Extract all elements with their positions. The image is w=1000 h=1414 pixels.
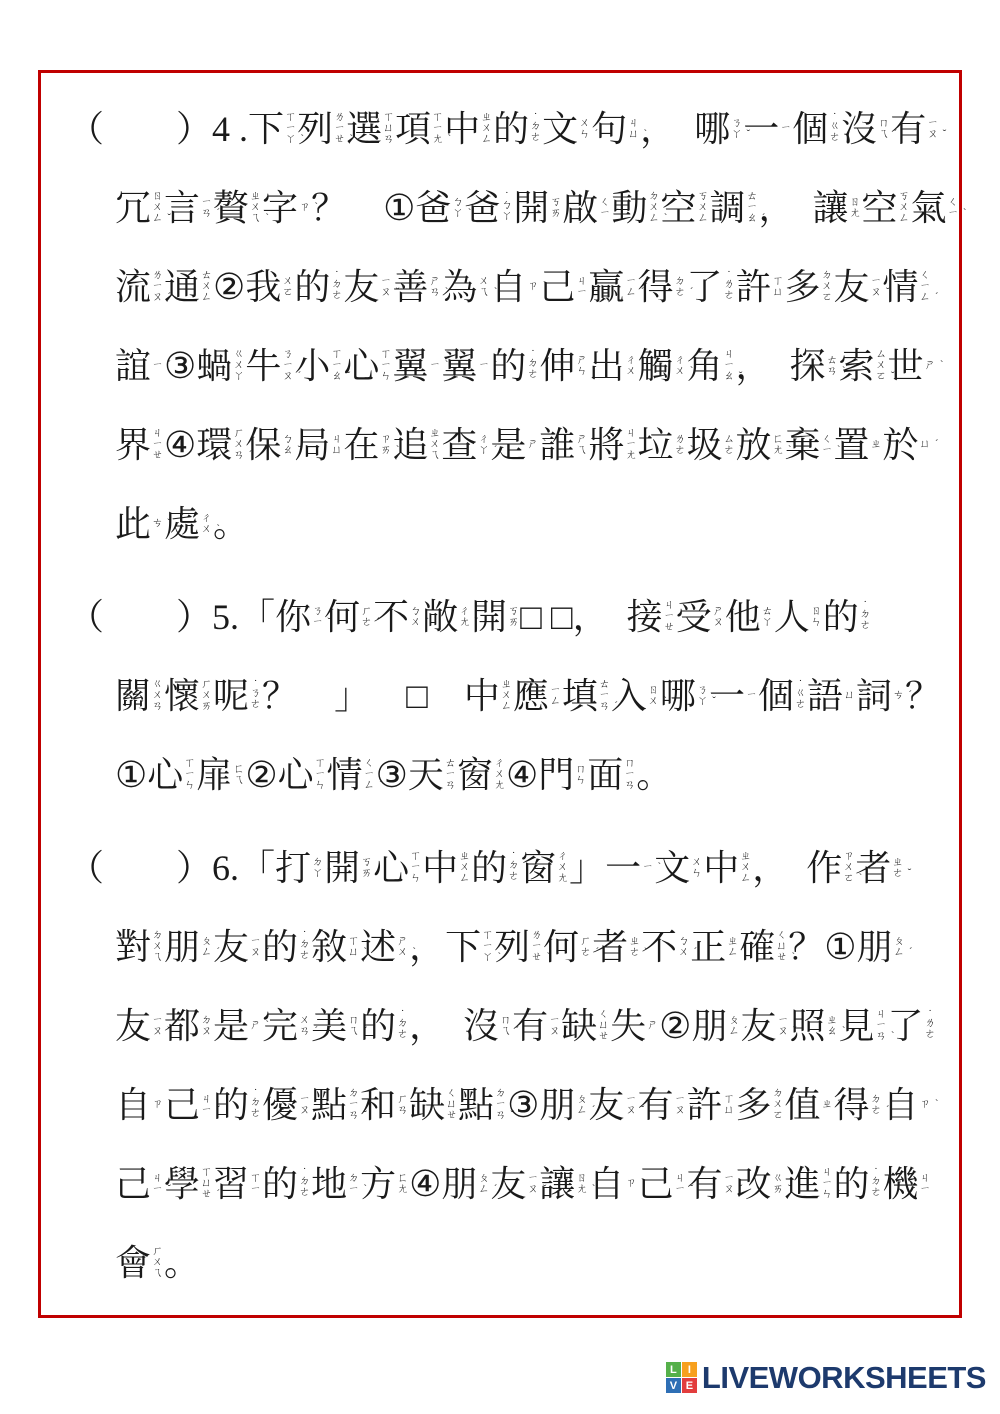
zhuyin-annotation: ㄐㄩˊ bbox=[331, 434, 342, 456]
char-with-zhuyin: 觸ㄔㄨˋ bbox=[637, 348, 685, 384]
char-with-zhuyin: 放ㄈㄤˋ bbox=[735, 427, 783, 463]
zhuyin-annotation: ㄓㄨㄥ bbox=[501, 679, 512, 712]
zhuyin-annotation: ㄅㄨˋ bbox=[410, 606, 421, 628]
worksheet-page: （ ）4 .下ㄒㄧㄚˋ列ㄌㄧㄝˋ選ㄒㄩㄢˇ項ㄒㄧㄤˋ中ㄓㄨㄥ的˙ㄉㄜ文ㄨㄣˊ句ㄐ… bbox=[0, 0, 1000, 1414]
char-with-zhuyin: 探ㄊㄢˋ bbox=[789, 348, 837, 384]
zhuyin-annotation: ㄆㄥˊ bbox=[478, 1173, 489, 1195]
char-with-zhuyin: 下ㄒㄧㄚˋ bbox=[248, 111, 296, 147]
quote-bracket: 」 bbox=[334, 678, 370, 714]
char-with-zhuyin: 贅ㄓㄨㄟˋ bbox=[213, 190, 261, 226]
char-with-zhuyin: 朋ㄆㄥˊ bbox=[441, 1166, 489, 1202]
char-with-zhuyin: 填ㄊㄧㄢˊ bbox=[562, 678, 610, 714]
char-with-zhuyin: 的˙ㄉㄜ bbox=[490, 348, 538, 384]
zhuyin-annotation: ㄌㄧㄡˊ bbox=[152, 270, 163, 303]
zhuyin-annotation: ˙ㄋㄜ bbox=[250, 681, 261, 710]
zhuyin-annotation: ㄧㄡˇ bbox=[152, 1015, 163, 1037]
zhuyin-annotation: ㄐㄧˇ bbox=[576, 276, 587, 298]
char-with-zhuyin: 界ㄐㄧㄝˋ bbox=[115, 427, 163, 463]
zhuyin-annotation: ㄅㄠˇ bbox=[282, 434, 293, 456]
zhuyin-annotation: ㄉㄨㄛ bbox=[822, 270, 833, 303]
zhuyin-annotation: ˙ㄉㄜ bbox=[860, 602, 871, 631]
text-run bbox=[428, 678, 464, 714]
char-with-zhuyin: 環ㄏㄨㄢˊ bbox=[196, 427, 244, 463]
char-with-zhuyin: 了˙ㄌㄜ bbox=[686, 269, 734, 305]
zhuyin-annotation: ㄑㄩㄝ bbox=[598, 1009, 609, 1042]
char-with-zhuyin: 中ㄓㄨㄥ bbox=[422, 850, 470, 886]
zhuyin-annotation: ㄐㄧ bbox=[920, 1173, 931, 1195]
char-with-zhuyin: 優ㄧㄡ bbox=[262, 1087, 310, 1123]
char-with-zhuyin: 蝸ㄍㄨㄚ bbox=[196, 348, 244, 384]
zhuyin-annotation: ㄨㄣˊ bbox=[691, 857, 702, 879]
text-run: ， bbox=[758, 190, 812, 226]
char-with-zhuyin: 牛ㄋㄧㄡˊ bbox=[245, 348, 293, 384]
zhuyin-annotation: ㄕㄢˋ bbox=[429, 276, 440, 298]
option-marker: ② bbox=[659, 1008, 691, 1044]
zhuyin-annotation: ㄧˊ bbox=[152, 360, 163, 371]
zhuyin-annotation: ㄒㄩˇ bbox=[772, 276, 783, 298]
char-with-zhuyin: 局ㄐㄩˊ bbox=[294, 427, 342, 463]
zhuyin-annotation: ㄔㄨˋ bbox=[201, 513, 212, 535]
char-with-zhuyin: 一ㄧˋ bbox=[605, 850, 653, 886]
zhuyin-annotation: ㄌㄜˋ bbox=[674, 434, 685, 456]
char-with-zhuyin: 自ㄗˋ bbox=[490, 269, 538, 305]
answer-paren: （ bbox=[68, 599, 104, 635]
char-with-zhuyin: 打ㄉㄚˇ bbox=[275, 850, 323, 886]
text-run: ？ bbox=[311, 190, 383, 226]
zhuyin-annotation: ㄋㄧㄡˊ bbox=[282, 349, 293, 382]
char-with-zhuyin: 爸˙ㄅㄚ bbox=[464, 190, 512, 226]
char-with-zhuyin: 失ㄕ bbox=[610, 1008, 658, 1044]
zhuyin-annotation: ㄐㄩˋ bbox=[628, 118, 639, 140]
liveworksheets-logo-icon: LIVE bbox=[666, 1362, 697, 1393]
zhuyin-annotation: ㄉㄨㄛ bbox=[772, 1088, 783, 1121]
option-marker: ① bbox=[115, 757, 147, 793]
zhuyin-annotation: ㄉㄨㄟˋ bbox=[152, 930, 163, 963]
char-with-zhuyin: 確ㄑㄩㄝˋ bbox=[739, 929, 787, 965]
worksheet-line: 界ㄐㄧㄝˋ④環ㄏㄨㄢˊ保ㄅㄠˇ局ㄐㄩˊ在ㄗㄞˋ追ㄓㄨㄟ查ㄔㄚˊ是ㄕˋ誰ㄕㄟˊ將ㄐ… bbox=[68, 405, 953, 484]
char-with-zhuyin: 的˙ㄉㄜ bbox=[213, 1087, 261, 1123]
char-with-zhuyin: 呢˙ㄋㄜ bbox=[213, 678, 261, 714]
zhuyin-annotation: ㄧㄥˊ bbox=[625, 276, 636, 298]
worksheet-line: 己ㄐㄧˇ學ㄒㄩㄝˊ習ㄒㄧˊ的˙ㄉㄜ地ㄉㄧˋ方ㄈㄤ④朋ㄆㄥˊ友ㄧㄡˇ讓ㄖㄤˋ自ㄗˋ… bbox=[68, 1144, 953, 1223]
char-with-zhuyin: 點ㄉㄧㄢˇ bbox=[458, 1087, 506, 1123]
char-with-zhuyin: 人ㄖㄣˊ bbox=[774, 599, 822, 635]
text-run: ， bbox=[735, 348, 789, 384]
char-with-zhuyin: 己ㄐㄧˇ bbox=[637, 1166, 685, 1202]
char-with-zhuyin: 敘ㄒㄩˋ bbox=[311, 929, 359, 965]
zhuyin-annotation: ㄓㄨㄟ bbox=[429, 428, 440, 461]
zhuyin-annotation: ㄆㄥˊ bbox=[201, 936, 212, 958]
zhuyin-annotation: ㄗˋ bbox=[527, 281, 538, 292]
zhuyin-annotation: ㄖㄤˋ bbox=[576, 1173, 587, 1195]
zhuyin-annotation: ㄧㄡˇ bbox=[777, 1015, 788, 1037]
char-with-zhuyin: 都ㄉㄡ bbox=[164, 1008, 212, 1044]
zhuyin-annotation: ㄓㄠˋ bbox=[827, 1015, 838, 1037]
char-with-zhuyin: 機ㄐㄧ bbox=[883, 1166, 931, 1202]
zhuyin-annotation: ㄖㄣˊ bbox=[811, 606, 822, 628]
zhuyin-annotation: ㄧˋ bbox=[478, 360, 489, 371]
char-with-zhuyin: 通ㄊㄨㄥ bbox=[164, 269, 212, 305]
zhuyin-annotation: ㄊㄨㄥ bbox=[201, 270, 212, 303]
zhuyin-annotation: ㄐㄧˇ bbox=[152, 1173, 163, 1195]
char-with-zhuyin: 置ㄓˋ bbox=[834, 427, 882, 463]
zhuyin-annotation: ㄓㄨㄥ bbox=[481, 112, 492, 145]
zhuyin-annotation: ㄧㄡˇ bbox=[871, 276, 882, 298]
char-with-zhuyin: 改ㄍㄞˇ bbox=[735, 1166, 783, 1202]
worksheet-line: 誼ㄧˊ③蝸ㄍㄨㄚ牛ㄋㄧㄡˊ小ㄒㄧㄠˇ心ㄒㄧㄣ翼ㄧˋ翼ㄧˋ的˙ㄉㄜ伸ㄕㄣ出ㄔㄨ觸ㄔ… bbox=[68, 326, 953, 405]
zhuyin-annotation: ㄕㄨˋ bbox=[397, 936, 408, 958]
char-with-zhuyin: 方ㄈㄤ bbox=[360, 1166, 408, 1202]
zhuyin-annotation: ㄑㄧㄥˊ bbox=[920, 270, 931, 303]
zhuyin-annotation: ㄨㄛˇ bbox=[282, 276, 293, 298]
worksheet-line: ①心ㄒㄧㄣ扉ㄈㄟ②心ㄒㄧㄣ情ㄑㄧㄥˊ③天ㄊㄧㄢ窗ㄔㄨㄤ④門ㄇㄣˊ面ㄇㄧㄢˋ。 bbox=[68, 735, 953, 814]
zhuyin-annotation: ㄇㄟˊ bbox=[500, 1015, 511, 1037]
zhuyin-annotation: ㄇㄟˊ bbox=[878, 118, 889, 140]
worksheet-line: 自ㄗˋ己ㄐㄧˇ的˙ㄉㄜ優ㄧㄡ點ㄉㄧㄢˇ和ㄏㄢˋ缺ㄑㄩㄝ點ㄉㄧㄢˇ③朋ㄆㄥˊ友ㄧㄡ… bbox=[68, 1065, 953, 1144]
zhuyin-annotation: ㄉㄧㄢˇ bbox=[348, 1088, 359, 1121]
char-with-zhuyin: 處ㄔㄨˋ bbox=[164, 506, 212, 542]
zhuyin-annotation: ㄈㄟ bbox=[233, 764, 244, 786]
zhuyin-annotation: ㄕㄟˊ bbox=[576, 434, 587, 456]
text-run: ， bbox=[409, 1008, 463, 1044]
char-with-zhuyin: 習ㄒㄧˊ bbox=[213, 1166, 261, 1202]
option-marker: ④ bbox=[409, 1166, 441, 1202]
char-with-zhuyin: 流ㄌㄧㄡˊ bbox=[115, 269, 163, 305]
text-run: ， bbox=[573, 599, 627, 635]
zhuyin-annotation: ˙ㄉㄜ bbox=[508, 853, 519, 882]
zhuyin-annotation: ㄧㄡˇ bbox=[625, 1094, 636, 1116]
option-marker: ② bbox=[245, 757, 277, 793]
char-with-zhuyin: 學ㄒㄩㄝˊ bbox=[164, 1166, 212, 1202]
char-with-zhuyin: 沒ㄇㄟˊ bbox=[841, 111, 889, 147]
char-with-zhuyin: 字ㄗˋ bbox=[262, 190, 310, 226]
zhuyin-annotation: ㄧˊ bbox=[780, 123, 791, 134]
zhuyin-annotation: ㄐㄧˇ bbox=[674, 1173, 685, 1195]
char-with-zhuyin: 棄ㄑㄧˋ bbox=[784, 427, 832, 463]
char-with-zhuyin: 出ㄔㄨ bbox=[588, 348, 636, 384]
char-with-zhuyin: 敞ㄔㄤˇ bbox=[422, 599, 470, 635]
zhuyin-annotation: ㄑㄩㄝ bbox=[446, 1088, 457, 1121]
zhuyin-annotation: ㄎㄞ bbox=[550, 197, 561, 219]
zhuyin-annotation: ㄙㄜˋ bbox=[723, 434, 734, 456]
zhuyin-annotation: ˙ㄉㄜ bbox=[299, 1169, 310, 1198]
char-with-zhuyin: 下ㄒㄧㄚˋ bbox=[445, 929, 493, 965]
zhuyin-annotation: ㄗㄞˋ bbox=[380, 434, 391, 456]
char-with-zhuyin: 言ㄧㄢˊ bbox=[164, 190, 212, 226]
char-with-zhuyin: 點ㄉㄧㄢˇ bbox=[311, 1087, 359, 1123]
zhuyin-annotation: ㄊㄧㄢ bbox=[445, 758, 456, 791]
zhuyin-annotation: ˙ㄉㄜ bbox=[871, 1169, 882, 1198]
char-with-zhuyin: 項ㄒㄧㄤˋ bbox=[395, 111, 443, 147]
zhuyin-annotation: ㄧㄡˇ bbox=[723, 1173, 734, 1195]
quote-bracket: 「 bbox=[239, 850, 275, 886]
char-with-zhuyin: 是ㄕˋ bbox=[490, 427, 538, 463]
char-with-zhuyin: 應ㄧㄥ bbox=[513, 678, 561, 714]
answer-paren: （ bbox=[68, 111, 104, 147]
zhuyin-annotation: ㄧㄢˊ bbox=[201, 197, 212, 219]
char-with-zhuyin: 於ㄩˊ bbox=[883, 427, 931, 463]
zhuyin-annotation: ㄓㄨㄥ bbox=[459, 851, 470, 884]
char-with-zhuyin: 和ㄏㄢˋ bbox=[360, 1087, 408, 1123]
char-with-zhuyin: 的˙ㄉㄜ bbox=[471, 850, 519, 886]
char-with-zhuyin: 己ㄐㄧˇ bbox=[539, 269, 587, 305]
zhuyin-annotation: ㄒㄩˇ bbox=[723, 1094, 734, 1116]
char-with-zhuyin: 哪ㄋㄚˇ bbox=[660, 678, 708, 714]
zhuyin-annotation: ㄑㄧˋ bbox=[948, 197, 959, 219]
char-with-zhuyin: 的˙ㄉㄜ bbox=[262, 929, 310, 965]
zhuyin-annotation: ㄗˋ bbox=[625, 1178, 636, 1189]
char-with-zhuyin: 入ㄖㄨˋ bbox=[611, 678, 659, 714]
char-with-zhuyin: 他ㄊㄚ bbox=[725, 599, 773, 635]
char-with-zhuyin: 詞ㄘˊ bbox=[856, 678, 904, 714]
zhuyin-annotation: ㄨㄣˊ bbox=[579, 118, 590, 140]
zhuyin-annotation: ㄘˇ bbox=[152, 518, 163, 529]
zhuyin-annotation: ㄓㄜˇ bbox=[892, 857, 903, 879]
char-with-zhuyin: 伸ㄕㄣ bbox=[539, 348, 587, 384]
answer-blank[interactable] bbox=[104, 850, 176, 886]
zhuyin-annotation: ㄓㄜˇ bbox=[629, 936, 640, 958]
char-with-zhuyin: 完ㄨㄢˊ bbox=[262, 1008, 310, 1044]
question-number: ）6. bbox=[176, 850, 239, 886]
zhuyin-annotation: ˙ㄍㄜ bbox=[795, 681, 806, 710]
zhuyin-annotation: ㄕˋ bbox=[925, 360, 936, 371]
zhuyin-annotation: ㄑㄧˇ bbox=[599, 197, 610, 219]
zhuyin-annotation: ㄔㄨ bbox=[625, 355, 636, 377]
worksheet-border: （ ）4 .下ㄒㄧㄚˋ列ㄌㄧㄝˋ選ㄒㄩㄢˇ項ㄒㄧㄤˋ中ㄓㄨㄥ的˙ㄉㄜ文ㄨㄣˊ句ㄐ… bbox=[38, 70, 962, 1318]
char-with-zhuyin: 心ㄒㄧㄣ bbox=[278, 757, 326, 793]
char-with-zhuyin: 誰ㄕㄟˊ bbox=[539, 427, 587, 463]
zhuyin-annotation: ㄇㄧㄢˋ bbox=[624, 758, 635, 791]
char-with-zhuyin: 中ㄓㄨㄥ bbox=[703, 850, 751, 886]
char-with-zhuyin: 友ㄧㄡˇ bbox=[213, 929, 261, 965]
blank-square: □ □ bbox=[520, 599, 573, 635]
zhuyin-annotation: ㄆㄥˊ bbox=[728, 1015, 739, 1037]
char-with-zhuyin: 中ㄓㄨㄥ bbox=[444, 111, 492, 147]
zhuyin-annotation: ㄒㄧㄚˋ bbox=[285, 112, 296, 145]
char-with-zhuyin: 圾ㄙㄜˋ bbox=[686, 427, 734, 463]
char-with-zhuyin: 誼ㄧˊ bbox=[115, 348, 163, 384]
zhuyin-annotation: ㄧˋ bbox=[429, 360, 440, 371]
worksheet-line: 對ㄉㄨㄟˋ朋ㄆㄥˊ友ㄧㄡˇ的˙ㄉㄜ敘ㄒㄩˋ述ㄕㄨˋ， 下ㄒㄧㄚˋ列ㄌㄧㄝˋ何ㄏㄜ… bbox=[68, 907, 953, 986]
char-with-zhuyin: 值ㄓˊ bbox=[784, 1087, 832, 1123]
worksheet-line: （ ）6. 「 打ㄉㄚˇ開ㄎㄞ心ㄒㄧㄣ中ㄓㄨㄥ的˙ㄉㄜ窗ㄔㄨㄤ 」一ㄧˋ文ㄨㄣˊ… bbox=[68, 828, 953, 907]
char-with-zhuyin: 開ㄎㄞ bbox=[471, 599, 519, 635]
char-with-zhuyin: 多ㄉㄨㄛ bbox=[784, 269, 832, 305]
char-with-zhuyin: 冗ㄖㄨㄥˇ bbox=[115, 190, 163, 226]
char-with-zhuyin: 中ㄓㄨㄥ bbox=[464, 678, 512, 714]
question-number: ）4 . bbox=[176, 111, 248, 147]
zhuyin-annotation: ㄕˋ bbox=[250, 1020, 261, 1031]
zhuyin-annotation: ㄇㄣˊ bbox=[575, 764, 586, 786]
zhuyin-annotation: ㄏㄜˊ bbox=[580, 936, 591, 958]
char-with-zhuyin: 窗ㄔㄨㄤ bbox=[457, 757, 505, 793]
zhuyin-annotation: ㄐㄧㄠˇ bbox=[723, 349, 734, 382]
char-with-zhuyin: 友ㄧㄡˇ bbox=[740, 1008, 788, 1044]
char-with-zhuyin: 朋ㄆㄥˊ bbox=[857, 929, 905, 965]
char-with-zhuyin: 有ㄧㄡˇ bbox=[890, 111, 938, 147]
char-with-zhuyin: 開ㄎㄞ bbox=[513, 190, 561, 226]
option-marker: ① bbox=[824, 929, 856, 965]
worksheet-line: （ ）5. 「 你ㄋㄧˇ何ㄏㄜˊ不ㄅㄨˋ敞ㄔㄤˇ開ㄎㄞ□ □ ， 接ㄐㄧㄝ受ㄕㄡ… bbox=[68, 577, 953, 656]
char-with-zhuyin: 一ㄧˊ bbox=[743, 111, 791, 147]
zhuyin-annotation: ˙ㄉㄜ bbox=[250, 1090, 261, 1119]
char-with-zhuyin: 開ㄎㄞ bbox=[324, 850, 372, 886]
zhuyin-annotation: ㄩˊ bbox=[920, 439, 931, 450]
char-with-zhuyin: 許ㄒㄩˇ bbox=[735, 269, 783, 305]
char-with-zhuyin: 己ㄐㄧˇ bbox=[115, 1166, 163, 1202]
option-marker: ① bbox=[383, 190, 415, 226]
char-with-zhuyin: 翼ㄧˋ bbox=[392, 348, 440, 384]
zhuyin-annotation: ㄔㄨㄤ bbox=[557, 851, 568, 884]
char-with-zhuyin: 自ㄗˋ bbox=[115, 1087, 163, 1123]
zhuyin-annotation: ˙ㄉㄜ bbox=[331, 272, 342, 301]
char-with-zhuyin: 讓ㄖㄤˋ bbox=[539, 1166, 587, 1202]
zhuyin-annotation: ㄍㄞˇ bbox=[772, 1173, 783, 1195]
char-with-zhuyin: 友ㄧㄡˇ bbox=[343, 269, 391, 305]
char-with-zhuyin: 接ㄐㄧㄝ bbox=[627, 599, 675, 635]
quote-bracket: 「 bbox=[239, 599, 275, 635]
zhuyin-annotation: ㄒㄧㄚˋ bbox=[482, 930, 493, 963]
char-with-zhuyin: 文ㄨㄣˊ bbox=[542, 111, 590, 147]
char-with-zhuyin: 角ㄐㄧㄠˇ bbox=[686, 348, 734, 384]
logo-letter-i: I bbox=[682, 1362, 697, 1377]
char-with-zhuyin: 爸ㄅㄚˋ bbox=[415, 190, 463, 226]
char-with-zhuyin: 友ㄧㄡˇ bbox=[115, 1008, 163, 1044]
char-with-zhuyin: 得ㄉㄜˊ bbox=[637, 269, 685, 305]
answer-blank[interactable] bbox=[104, 599, 176, 635]
zhuyin-annotation: ㄅㄚˋ bbox=[452, 197, 463, 219]
char-with-zhuyin: 者ㄓㄜˇ bbox=[855, 850, 903, 886]
zhuyin-annotation: ㄖㄨㄥˇ bbox=[152, 191, 163, 224]
char-with-zhuyin: 為ㄨㄟˋ bbox=[441, 269, 489, 305]
char-with-zhuyin: 空ㄎㄨㄥ bbox=[660, 190, 708, 226]
worksheet-line: （ ）4 .下ㄒㄧㄚˋ列ㄌㄧㄝˋ選ㄒㄩㄢˇ項ㄒㄧㄤˋ中ㄓㄨㄥ的˙ㄉㄜ文ㄨㄣˊ句ㄐ… bbox=[68, 89, 953, 168]
char-with-zhuyin: 進ㄐㄧㄣˋ bbox=[784, 1166, 832, 1202]
char-with-zhuyin: 懷ㄏㄨㄞˊ bbox=[164, 678, 212, 714]
char-with-zhuyin: 選ㄒㄩㄢˇ bbox=[346, 111, 394, 147]
char-with-zhuyin: 啟ㄑㄧˇ bbox=[562, 190, 610, 226]
zhuyin-annotation: ㄒㄩㄢˇ bbox=[383, 112, 394, 145]
zhuyin-annotation: ㄏㄜˊ bbox=[361, 606, 372, 628]
char-with-zhuyin: 保ㄅㄠˇ bbox=[245, 427, 293, 463]
zhuyin-annotation: ㄉㄧˋ bbox=[348, 1173, 359, 1195]
char-with-zhuyin: 缺ㄑㄩㄝ bbox=[409, 1087, 457, 1123]
char-with-zhuyin: 句ㄐㄩˋ bbox=[591, 111, 639, 147]
zhuyin-annotation: ˙ㄌㄜ bbox=[925, 1011, 936, 1040]
zhuyin-annotation: ㄨㄟˋ bbox=[478, 276, 489, 298]
worksheet-line: 會ㄏㄨㄟˋ。 bbox=[68, 1223, 953, 1302]
zhuyin-annotation: ㄩˇ bbox=[844, 690, 855, 701]
text-run: ， bbox=[640, 111, 694, 147]
zhuyin-annotation: ㄘˊ bbox=[893, 690, 904, 701]
zhuyin-annotation: ㄓˊ bbox=[822, 1099, 833, 1110]
zhuyin-annotation: ㄏㄨㄞˊ bbox=[201, 679, 212, 712]
zhuyin-annotation: ㄏㄨㄟˋ bbox=[152, 1246, 163, 1279]
zhuyin-annotation: ㄐㄧㄝˋ bbox=[152, 428, 163, 461]
zhuyin-annotation: ㄐㄧˇ bbox=[201, 1094, 212, 1116]
zhuyin-annotation: ㄓˋ bbox=[871, 439, 882, 450]
worksheet-line: 冗ㄖㄨㄥˇ言ㄧㄢˊ贅ㄓㄨㄟˋ字ㄗˋ？ ①爸ㄅㄚˋ爸˙ㄅㄚ開ㄎㄞ啟ㄑㄧˇ動ㄉㄨㄥˋ… bbox=[68, 168, 953, 247]
worksheet-line: 關ㄍㄨㄢ懷ㄏㄨㄞˊ呢˙ㄋㄜ？ 」 □ 中ㄓㄨㄥ應ㄧㄥ填ㄊㄧㄢˊ入ㄖㄨˋ哪ㄋㄚˇ一… bbox=[68, 656, 953, 735]
zhuyin-annotation: ㄌㄧㄝˋ bbox=[334, 112, 345, 145]
zhuyin-annotation: ㄍㄨㄢ bbox=[152, 679, 163, 712]
char-with-zhuyin: 扉ㄈㄟ bbox=[196, 757, 244, 793]
zhuyin-annotation: ˙ㄉㄜ bbox=[397, 1011, 408, 1040]
zhuyin-annotation: ㄧㄡˇ bbox=[380, 276, 391, 298]
blank-square: □ bbox=[406, 678, 428, 714]
zhuyin-annotation: ㄗˋ bbox=[299, 202, 310, 213]
zhuyin-annotation: ㄆㄥˊ bbox=[576, 1094, 587, 1116]
answer-blank[interactable] bbox=[104, 111, 176, 147]
char-with-zhuyin: 垃ㄌㄜˋ bbox=[637, 427, 685, 463]
char-with-zhuyin: 作ㄗㄨㄛˋ bbox=[806, 850, 854, 886]
char-with-zhuyin: 列ㄌㄧㄝˋ bbox=[297, 111, 345, 147]
quote-bracket: 」 bbox=[569, 850, 605, 886]
zhuyin-annotation: ㄉㄨㄥˋ bbox=[648, 191, 659, 224]
char-with-zhuyin: 一ㄧˊ bbox=[709, 678, 757, 714]
zhuyin-annotation: ㄉㄧㄢˇ bbox=[495, 1088, 506, 1121]
zhuyin-annotation: ㄖㄨˋ bbox=[648, 685, 659, 707]
zhuyin-annotation: ㄧˊ bbox=[746, 690, 757, 701]
answer-paren: （ bbox=[68, 850, 104, 886]
char-with-zhuyin: 的˙ㄉㄜ bbox=[262, 1166, 310, 1202]
char-with-zhuyin: 的˙ㄉㄜ bbox=[834, 1166, 882, 1202]
char-with-zhuyin: 你ㄋㄧˇ bbox=[275, 599, 323, 635]
zhuyin-annotation: ㄔㄨㄤ bbox=[494, 758, 505, 791]
char-with-zhuyin: 小ㄒㄧㄠˇ bbox=[294, 348, 342, 384]
zhuyin-annotation: ㄧㄡ bbox=[299, 1094, 310, 1116]
text-run: ？ bbox=[262, 678, 334, 714]
char-with-zhuyin: 有ㄧㄡˇ bbox=[637, 1087, 685, 1123]
zhuyin-annotation: ㄈㄤˋ bbox=[772, 434, 783, 456]
char-with-zhuyin: 心ㄒㄧㄣ bbox=[343, 348, 391, 384]
worksheet-line: 流ㄌㄧㄡˊ通ㄊㄨㄥ②我ㄨㄛˇ的˙ㄉㄜ友ㄧㄡˇ善ㄕㄢˋ為ㄨㄟˋ自ㄗˋ己ㄐㄧˇ贏ㄧㄥ… bbox=[68, 247, 953, 326]
char-with-zhuyin: 翼ㄧˋ bbox=[441, 348, 489, 384]
zhuyin-annotation: ㄏㄨㄢˊ bbox=[233, 428, 244, 461]
char-with-zhuyin: 友ㄧㄡˇ bbox=[490, 1166, 538, 1202]
char-with-zhuyin: 贏ㄧㄥˊ bbox=[588, 269, 636, 305]
char-with-zhuyin: 將ㄐㄧㄤ bbox=[588, 427, 636, 463]
zhuyin-annotation: ˙ㄅㄚ bbox=[501, 193, 512, 222]
zhuyin-annotation: ㄗㄨㄛˋ bbox=[843, 851, 854, 884]
zhuyin-annotation: ㄒㄩˋ bbox=[348, 936, 359, 958]
liveworksheets-logo: LIVE LIVEWORKSHEETS bbox=[666, 1362, 986, 1393]
zhuyin-annotation: ㄋㄚˇ bbox=[697, 685, 708, 707]
option-marker: ② bbox=[213, 269, 245, 305]
char-with-zhuyin: 對ㄉㄨㄟˋ bbox=[115, 929, 163, 965]
char-with-zhuyin: 空ㄎㄨㄥ bbox=[862, 190, 910, 226]
zhuyin-annotation: ㄉㄚˇ bbox=[312, 857, 323, 879]
char-with-zhuyin: 不ㄅㄨˊ bbox=[641, 929, 689, 965]
char-with-zhuyin: 天ㄊㄧㄢ bbox=[408, 757, 456, 793]
char-with-zhuyin: 窗ㄔㄨㄤ bbox=[520, 850, 568, 886]
zhuyin-annotation: ㄅㄨˊ bbox=[678, 936, 689, 958]
char-with-zhuyin: 見ㄐㄧㄢˋ bbox=[839, 1008, 887, 1044]
char-with-zhuyin: 在ㄗㄞˋ bbox=[343, 427, 391, 463]
zhuyin-annotation: ㄋㄚˇ bbox=[731, 118, 742, 140]
char-with-zhuyin: 是ㄕˋ bbox=[213, 1008, 261, 1044]
zhuyin-annotation: ㄒㄧㄣ bbox=[410, 851, 421, 884]
zhuyin-annotation: ㄙㄨㄛˇ bbox=[876, 349, 887, 382]
char-with-zhuyin: 個˙ㄍㄜ bbox=[758, 678, 806, 714]
char-with-zhuyin: 地ㄉㄧˋ bbox=[311, 1166, 359, 1202]
char-with-zhuyin: 列ㄌㄧㄝˋ bbox=[494, 929, 542, 965]
char-with-zhuyin: 不ㄅㄨˋ bbox=[373, 599, 421, 635]
zhuyin-annotation: ㄔㄨˋ bbox=[674, 355, 685, 377]
logo-letter-v: V bbox=[666, 1378, 681, 1393]
zhuyin-annotation: ㄒㄧㄣ bbox=[315, 758, 326, 791]
char-with-zhuyin: 善ㄕㄢˋ bbox=[392, 269, 440, 305]
